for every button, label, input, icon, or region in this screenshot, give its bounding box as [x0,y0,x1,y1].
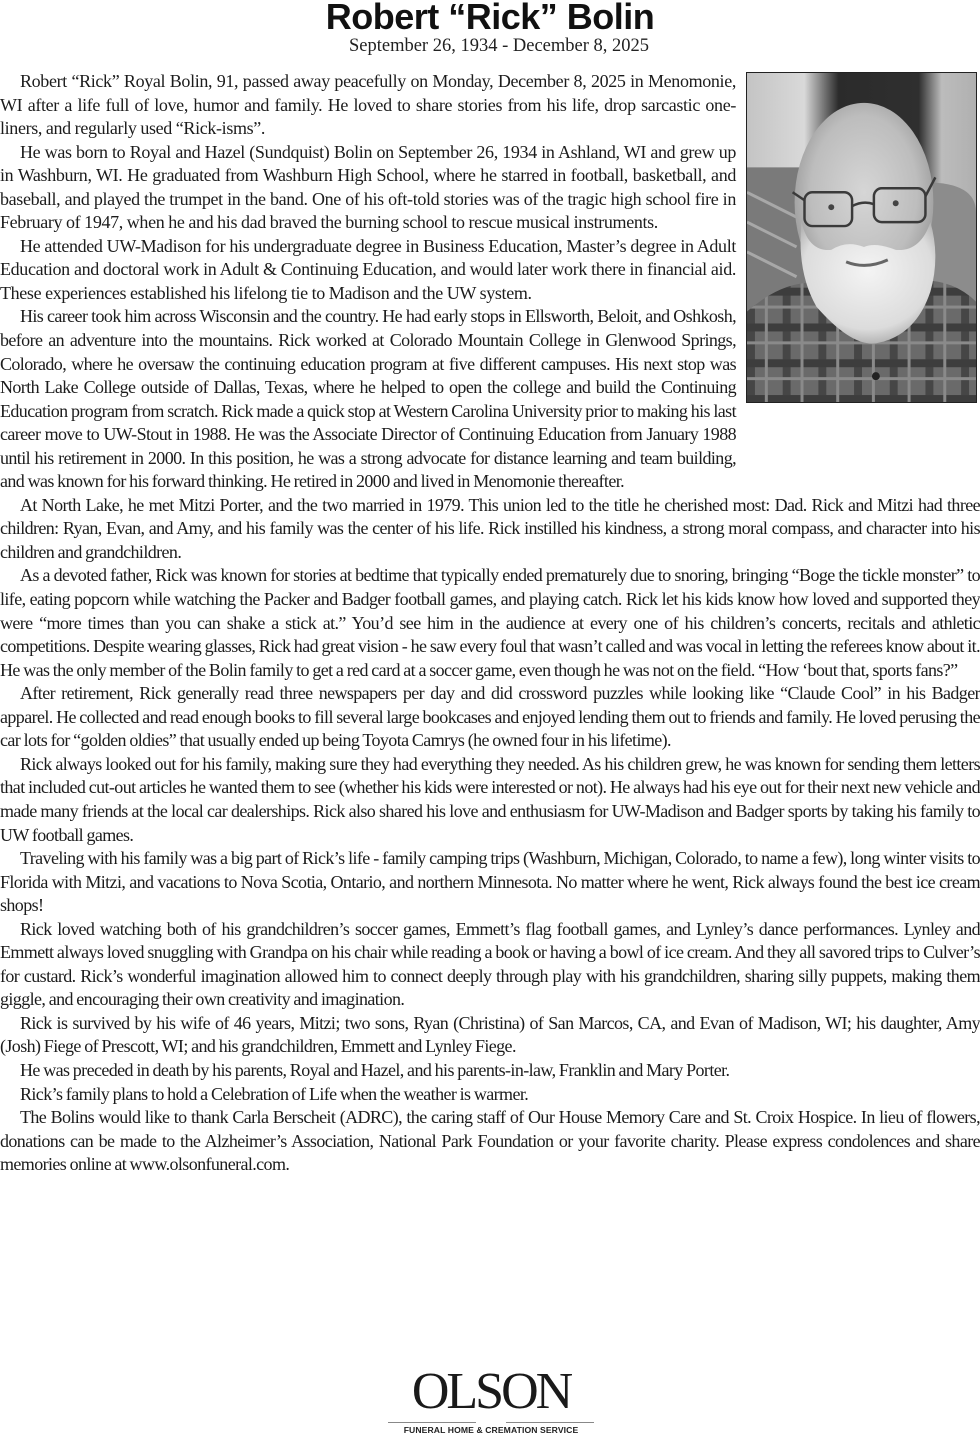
paragraph-grandchildren: Rick loved watching both of his grandchi… [0,918,980,1012]
logo-tagline: FUNERAL HOME & CREMATION SERVICE [388,1425,594,1435]
logo-wordmark: OLSON [388,1368,594,1416]
life-dates: September 26, 1934 - December 8, 2025 [0,35,980,57]
paragraph-thanks: The Bolins would like to thank Carla Ber… [0,1106,980,1177]
obituary-name-heading: Robert “Rick” Bolin [0,0,980,37]
photo-spacer [736,70,980,454]
paragraph-retirement: After retirement, Rick generally read th… [0,682,980,753]
obituary-body: Robert “Rick” Royal Bolin, 91, passed aw… [0,70,980,1177]
paragraph-travel: Traveling with his family was a big part… [0,847,980,918]
paragraph-family-care: Rick always looked out for his family, m… [0,753,980,847]
paragraph-preceded: He was preceded in death by his parents,… [0,1059,980,1083]
paragraph-marriage: At North Lake, he met Mitzi Porter, and … [0,494,980,565]
paragraph-fatherhood: As a devoted father, Rick was known for … [0,564,980,682]
paragraph-survivors: Rick is survived by his wife of 46 years… [0,1012,980,1059]
paragraph-celebration: Rick’s family plans to hold a Celebratio… [0,1083,980,1107]
olson-funeral-home-logo: OLSON FUNERAL HOME & CREMATION SERVICE [388,1368,594,1438]
